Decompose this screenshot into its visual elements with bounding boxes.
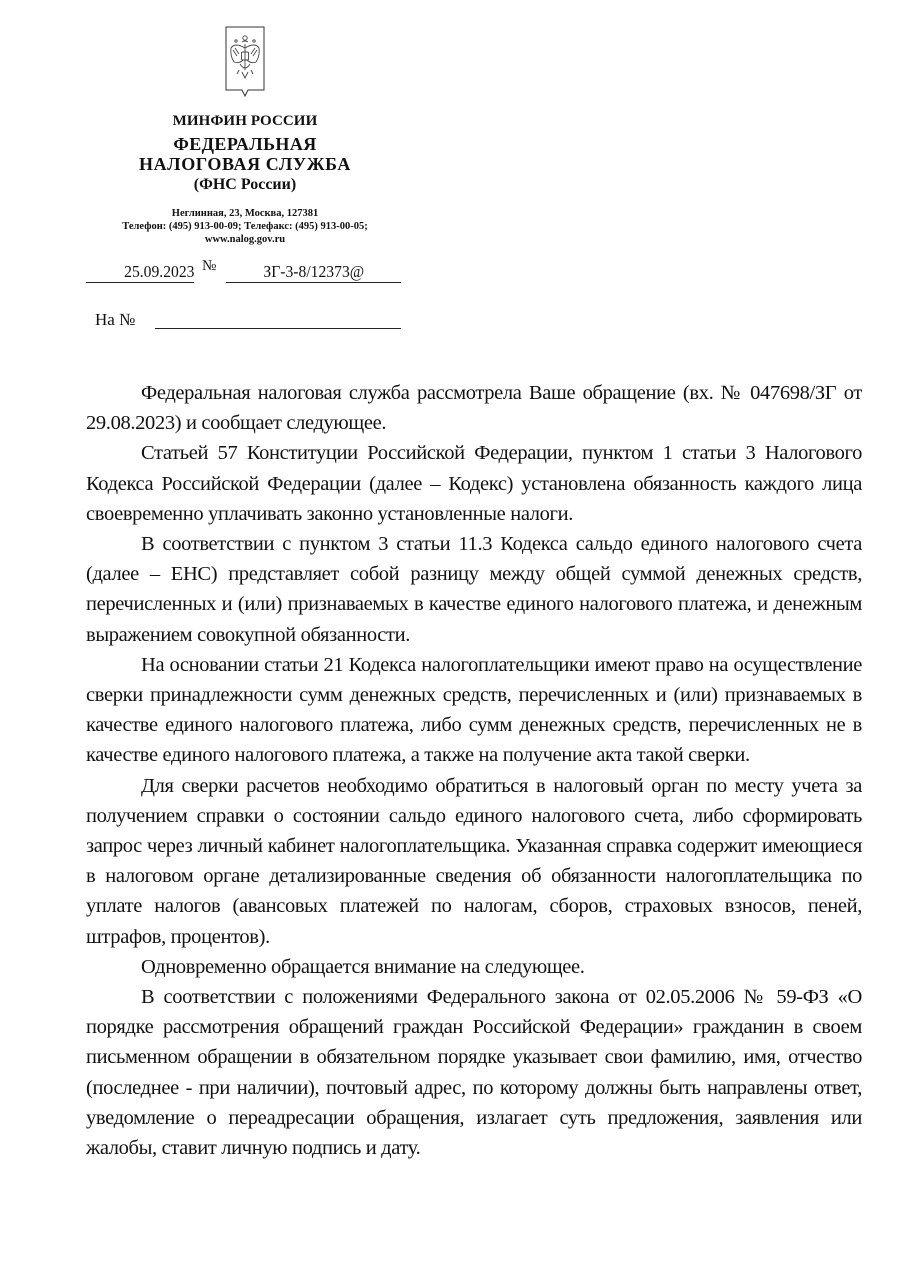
- paragraph-3: В соответствии с пунктом 3 статьи 11.3 К…: [86, 529, 862, 650]
- number-sign: №: [202, 258, 216, 275]
- ministry-name: МИНФИН РОССИИ: [90, 114, 400, 129]
- letter-date: 25.09.2023: [86, 262, 194, 283]
- phones: Телефон: (495) 913-00-09; Телефакс: (495…: [90, 220, 400, 233]
- letter-body: Федеральная налоговая служба рассмотрела…: [86, 378, 862, 1163]
- paragraph-2: Статьей 57 Конституции Российской Федера…: [86, 438, 862, 529]
- paragraph-1: Федеральная налоговая служба рассмотрела…: [86, 378, 862, 438]
- service-name-line2: НАЛОГОВАЯ СЛУЖБА: [90, 155, 400, 173]
- paragraph-5: Для сверки расчетов необходимо обратитьс…: [86, 771, 862, 952]
- reply-to-label: На №: [95, 310, 135, 330]
- contact-block: Неглинная, 23, Москва, 127381 Телефон: (…: [90, 207, 400, 246]
- paragraph-6: Одновременно обращается внимание на след…: [86, 952, 862, 982]
- letter-number: ЗГ-3-8/12373@: [226, 262, 401, 283]
- website: www.nalog.gov.ru: [90, 233, 400, 246]
- reply-to-field: [155, 328, 401, 329]
- address: Неглинная, 23, Москва, 127381: [90, 207, 400, 220]
- paragraph-4: На основании статьи 21 Кодекса налогопла…: [86, 650, 862, 771]
- russian-coat-of-arms-icon: [225, 26, 265, 100]
- letterhead: МИНФИН РОССИИ ФЕДЕРАЛЬНАЯ НАЛОГОВАЯ СЛУЖ…: [90, 26, 400, 246]
- paragraph-7: В соответствии с положениями Федеральног…: [86, 982, 862, 1163]
- service-short-name: (ФНС России): [90, 177, 400, 193]
- service-name-line1: ФЕДЕРАЛЬНАЯ: [90, 135, 400, 153]
